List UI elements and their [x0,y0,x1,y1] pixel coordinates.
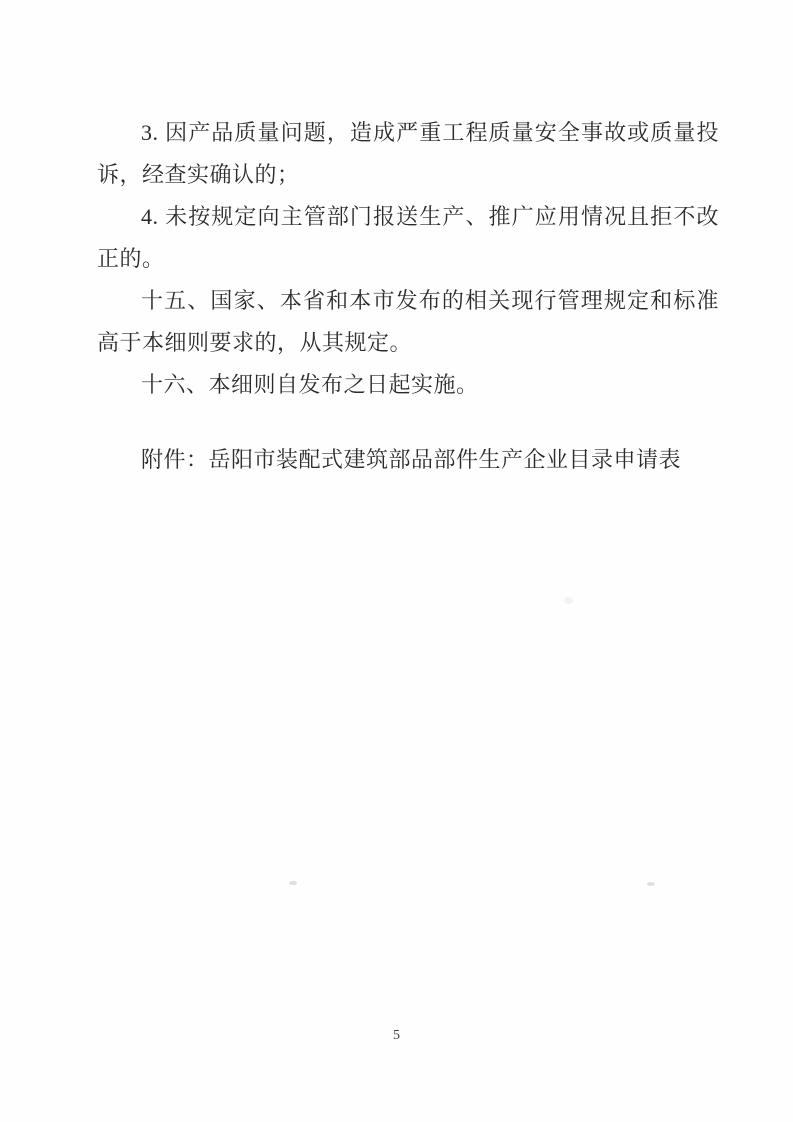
scan-speck [289,881,297,885]
attachment-line: 附件：岳阳市装配式建筑部品部件生产企业目录申请表 [97,439,719,481]
document-page: 3. 因产品质量问题，造成严重工程质量安全事故或质量投诉，经查实确认的； 4. … [0,0,793,1122]
paragraph-item-3: 3. 因产品质量问题，造成严重工程质量安全事故或质量投诉，经查实确认的； [97,112,719,196]
paragraph-clause-16: 十六、本细则自发布之日起实施。 [97,364,719,406]
scan-speck [647,882,655,886]
scan-speck [564,597,573,604]
document-body: 3. 因产品质量问题，造成严重工程质量安全事故或质量投诉，经查实确认的； 4. … [97,112,719,481]
paragraph-item-4: 4. 未按规定向主管部门报送生产、推广应用情况且拒不改正的。 [97,196,719,280]
paragraph-clause-15: 十五、国家、本省和本市发布的相关现行管理规定和标准高于本细则要求的，从其规定。 [97,280,719,364]
page-number: 5 [0,1028,793,1044]
